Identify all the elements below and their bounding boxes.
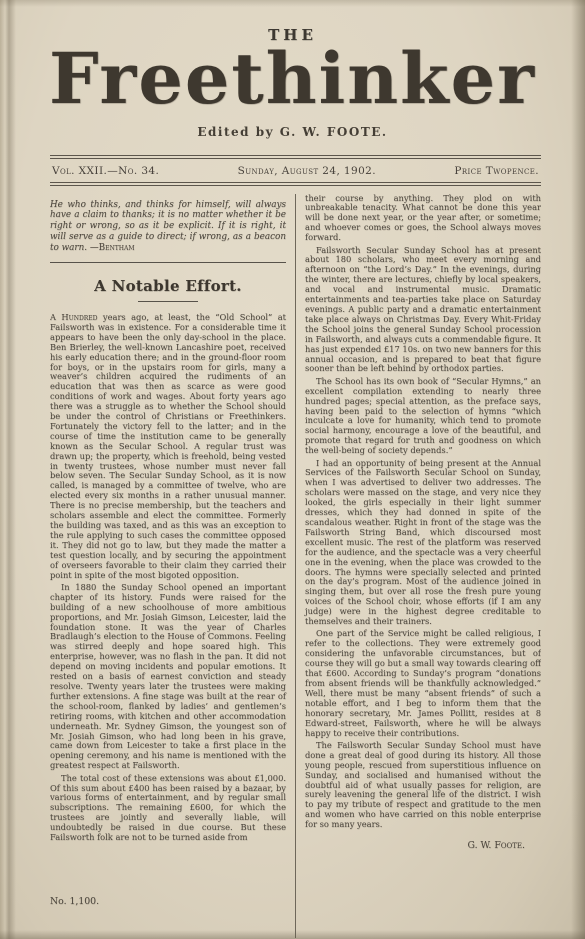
rule-below-dateline [50,182,541,186]
paragraph: The School has its own book of “Secular … [305,377,541,456]
heading-divider [138,301,198,302]
epigraph-attribution: —Bentham [90,243,135,253]
dateline-section: Vol. XXII.—No. 34. Sunday, August 24, 19… [50,155,541,186]
paragraph-text: years ago, at least, the “Old School” at… [50,312,286,580]
paper-title: Freethinker [0,46,585,113]
article-columns: He who thinks, and thinks for himself, w… [50,194,541,938]
paragraph-lead: A Hundred [50,312,97,322]
epigraph-text: He who thinks, and thinks for himself, w… [50,200,286,253]
paragraph: Failsworth Secular Sunday School has at … [305,246,541,375]
epigraph-rule [50,262,286,263]
article-heading: A Notable Effort. [50,277,286,295]
paragraph: One part of the Service might be called … [305,629,541,738]
paragraph: their course by anything. They plod on w… [305,194,541,244]
masthead: THE Freethinker Edited by G. W. FOOTE. [0,0,585,139]
dateline: Vol. XXII.—No. 34. Sunday, August 24, 19… [50,159,541,182]
page-edge-right [571,0,585,939]
dateline-volume: Vol. XXII.—No. 34. [52,165,159,177]
masthead-byline: Edited by G. W. FOOTE. [0,125,585,139]
newspaper-page: { "colors": { "paper": "#ded5c2", "ink":… [0,0,585,939]
page-edge-left [0,0,16,939]
paragraph: I had an opportunity of being present at… [305,459,541,627]
column-left: He who thinks, and thinks for himself, w… [50,194,295,938]
column-right: their course by anything. They plod on w… [296,194,541,938]
paragraph: A Hundred years ago, at least, the “Old … [50,313,286,580]
issue-number: No. 1,100. [50,897,286,935]
epigraph: He who thinks, and thinks for himself, w… [50,200,286,254]
paragraph: In 1880 the Sunday School opened an impo… [50,583,286,771]
dateline-date: Sunday, August 24, 1902. [238,165,376,177]
paragraph: The total cost of these extensions was a… [50,774,286,843]
dateline-price: Price Twopence. [454,165,539,177]
author-signature: G. W. Foote. [305,841,541,851]
paragraph: The Failsworth Secular Sunday School mus… [305,741,541,830]
